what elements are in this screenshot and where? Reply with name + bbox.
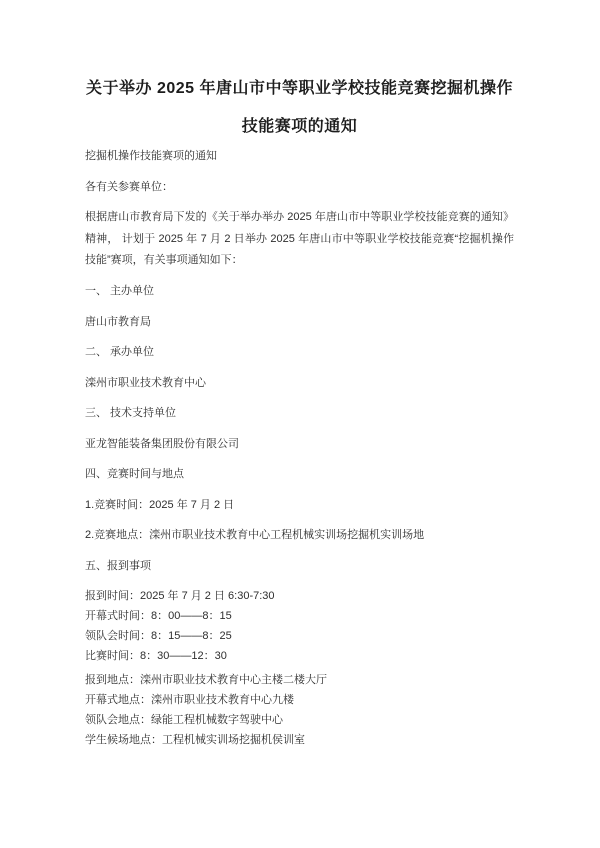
section-host-heading: 一、 主办单位 [85, 281, 514, 302]
section-organizer-body: 滦州市职业技术教育中心 [85, 373, 514, 394]
competition-time-line: 1.竞赛时间：2025 年 7 月 2 日 [85, 495, 514, 516]
section-tech-support-body: 亚龙智能装备集团股份有限公司 [85, 434, 514, 455]
salutation: 各有关参赛单位： [85, 177, 514, 198]
match-time-line: 比赛时间：8：30——12：30 [85, 646, 514, 666]
opening-ceremony-place-line: 开幕式地点：滦州市职业技术教育中心九楼 [85, 690, 514, 710]
section-host-body: 唐山市教育局 [85, 312, 514, 333]
schedule-block: 报到时间：2025 年 7 月 2 日 6:30-7:30 开幕式时间：8：00… [85, 586, 514, 666]
section-tech-support-heading: 三、 技术支持单位 [85, 403, 514, 424]
team-leader-meeting-time-line: 领队会时间：8：15——8：25 [85, 626, 514, 646]
intro-paragraph: 根据唐山市教育局下发的《关于举办举办 2025 年唐山市中等职业学校技能竞赛的通… [85, 207, 514, 272]
registration-time-line: 报到时间：2025 年 7 月 2 日 6:30-7:30 [85, 586, 514, 606]
document-page: 关于举办 2025 年唐山市中等职业学校技能竞赛挖掘机操作技能赛项的通知 挖掘机… [0, 0, 600, 848]
subject-line: 挖掘机操作技能赛项的通知 [85, 146, 514, 167]
venue-block: 报到地点：滦州市职业技术教育中心主楼二楼大厅 开幕式地点：滦州市职业技术教育中心… [85, 670, 514, 750]
student-waiting-place-line: 学生候场地点：工程机械实训场挖掘机侯训室 [85, 730, 514, 750]
team-leader-meeting-place-line: 领队会地点：绿能工程机械数字驾驶中心 [85, 710, 514, 730]
document-title: 关于举办 2025 年唐山市中等职业学校技能竞赛挖掘机操作技能赛项的通知 [85, 70, 514, 146]
registration-place-line: 报到地点：滦州市职业技术教育中心主楼二楼大厅 [85, 670, 514, 690]
opening-ceremony-time-line: 开幕式时间：8：00——8：15 [85, 606, 514, 626]
section-time-place-heading: 四、竞赛时间与地点 [85, 464, 514, 485]
section-organizer-heading: 二、 承办单位 [85, 342, 514, 363]
section-registration-heading: 五、报到事项 [85, 556, 514, 577]
competition-place-line: 2.竞赛地点：滦州市职业技术教育中心工程机械实训场挖掘机实训场地 [85, 525, 514, 546]
